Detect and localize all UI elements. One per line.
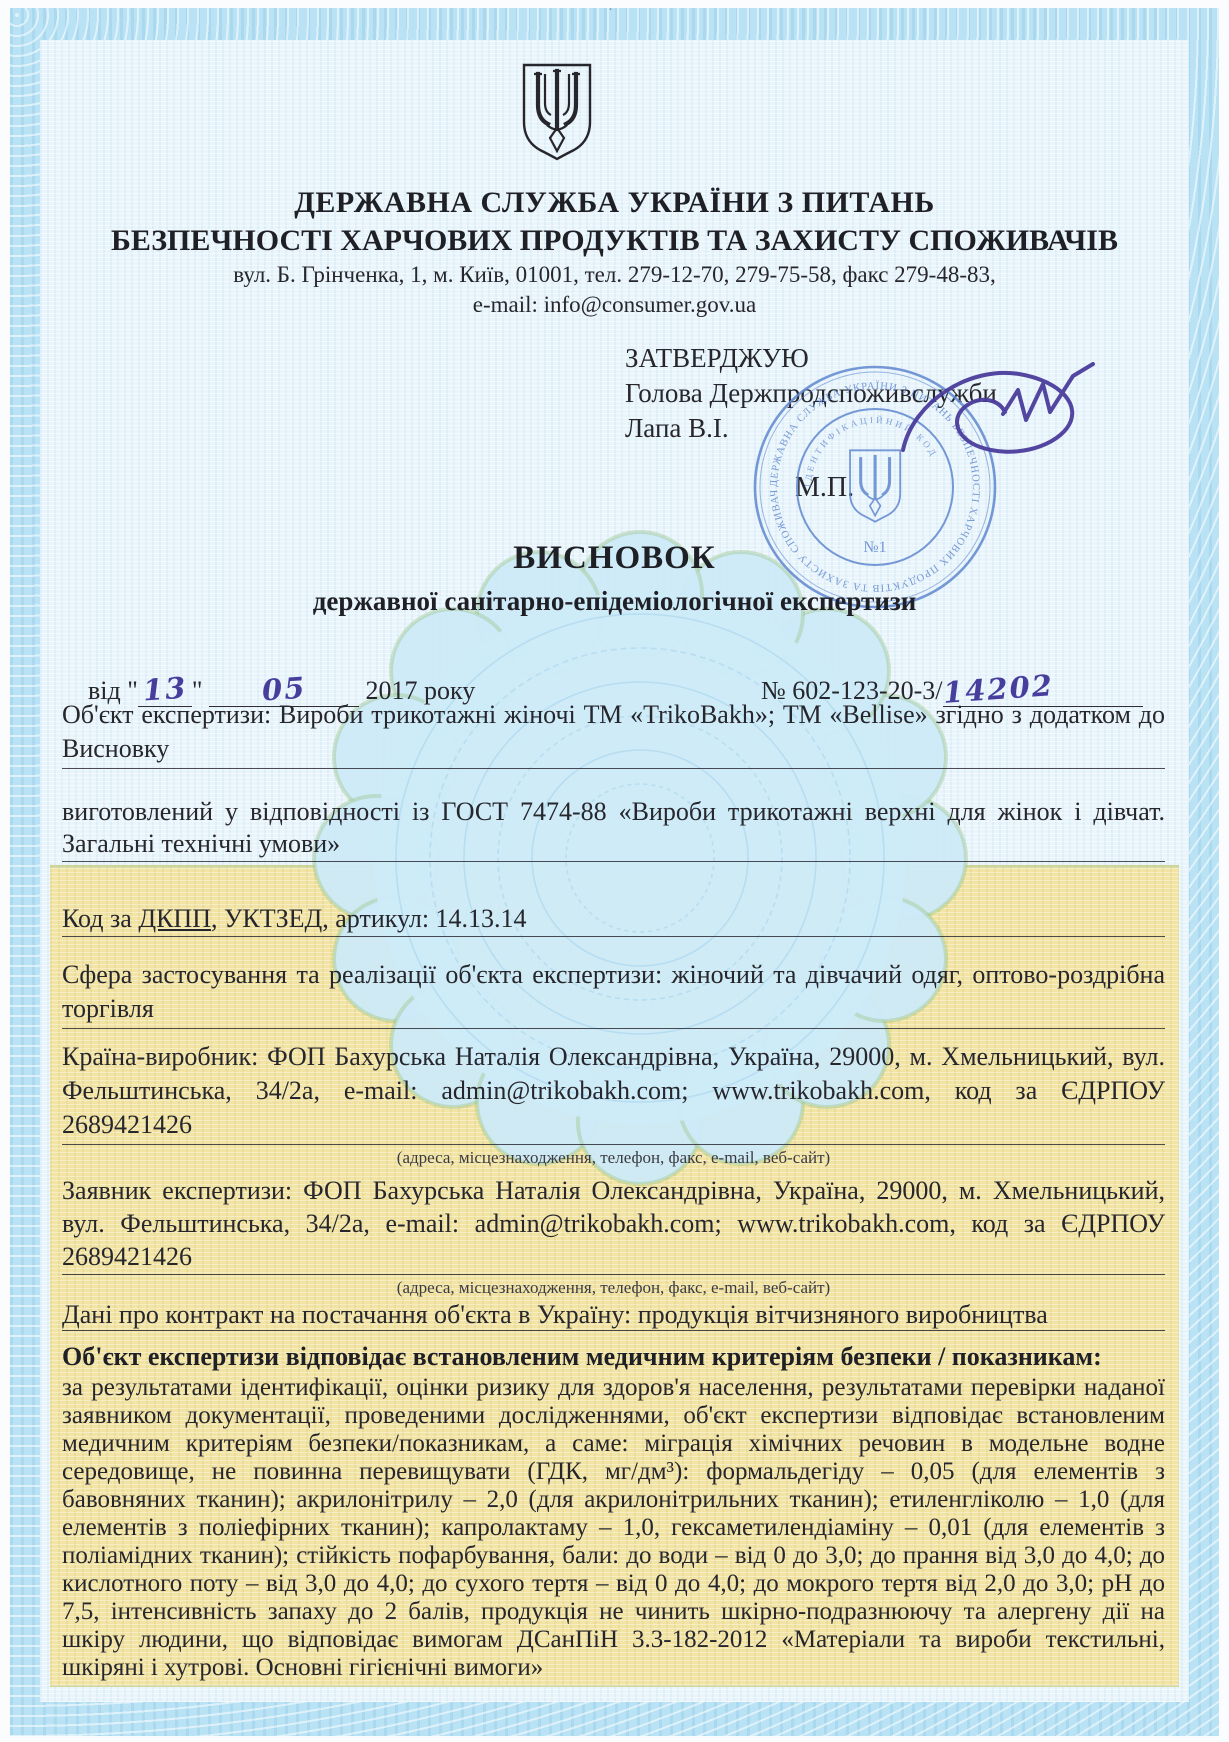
- form-rule: [62, 768, 1165, 769]
- scan-artifact-dot: ·: [608, 2, 613, 19]
- form-rule: [62, 1274, 1165, 1275]
- ukraine-trident-emblem-icon: [520, 62, 594, 162]
- form-rule: [62, 1144, 1165, 1145]
- form-rule: [62, 1028, 1165, 1029]
- code-value: , УКТЗЕД, артикул: 14.13.14: [211, 904, 527, 933]
- field-contract-info: Дані про контракт на постачання об'єкта …: [62, 1298, 1165, 1332]
- manufacturer-field-note: (адреса, місцезнаходження, телефон, факс…: [62, 1148, 1165, 1168]
- field-manufacturer: Країна-виробник: ФОП Бахурська Наталія О…: [62, 1040, 1165, 1142]
- field-classification-code: Код за ДКПП, УКТЗЕД, артикул: 14.13.14: [62, 902, 1165, 936]
- org-email: e-mail: info@consumer.gov.ua: [50, 292, 1179, 318]
- conclusion-body: за результатами ідентифікації, оцінки ри…: [62, 1374, 1165, 1682]
- field-application-scope: Сфера застосування та реалізації об'єкта…: [62, 958, 1165, 1026]
- form-rule: [62, 1330, 1165, 1331]
- document-subtitle: державної санітарно-епідеміологічної екс…: [50, 586, 1179, 617]
- form-rule: [62, 936, 1165, 937]
- document-page: · ДЕРЖАВНА СЛУЖБА УКРАЇНИ З ПИТАНЬ БЕЗПЕ…: [0, 0, 1229, 1742]
- form-rule: [62, 861, 1165, 862]
- code-label: Код за: [62, 904, 138, 933]
- field-applicant: Заявник експертизи: ФОП Бахурська Наталі…: [62, 1174, 1165, 1273]
- org-address: вул. Б. Грінченка, 1, м. Київ, 01001, те…: [50, 262, 1179, 288]
- org-name-line1: ДЕРЖАВНА СЛУЖБА УКРАЇНИ З ПИТАНЬ: [50, 186, 1179, 220]
- code-dkpp: ДКПП: [138, 904, 211, 933]
- org-name-line2: БЕЗПЕЧНОСТІ ХАРЧОВИХ ПРОДУКТІВ ТА ЗАХИСТ…: [50, 224, 1179, 258]
- field-expertise-object: Об'єкт експертизи: Вироби трикотажні жін…: [62, 698, 1165, 766]
- field-manufactured-per-standard: виготовлений у відповідності із ГОСТ 747…: [62, 796, 1165, 860]
- document-title: ВИСНОВОК: [50, 540, 1179, 577]
- conclusion-heading: Об'єкт експертизи відповідає встановлени…: [62, 1340, 1165, 1374]
- signature: [885, 352, 1115, 492]
- applicant-field-note: (адреса, місцезнаходження, телефон, факс…: [62, 1278, 1165, 1298]
